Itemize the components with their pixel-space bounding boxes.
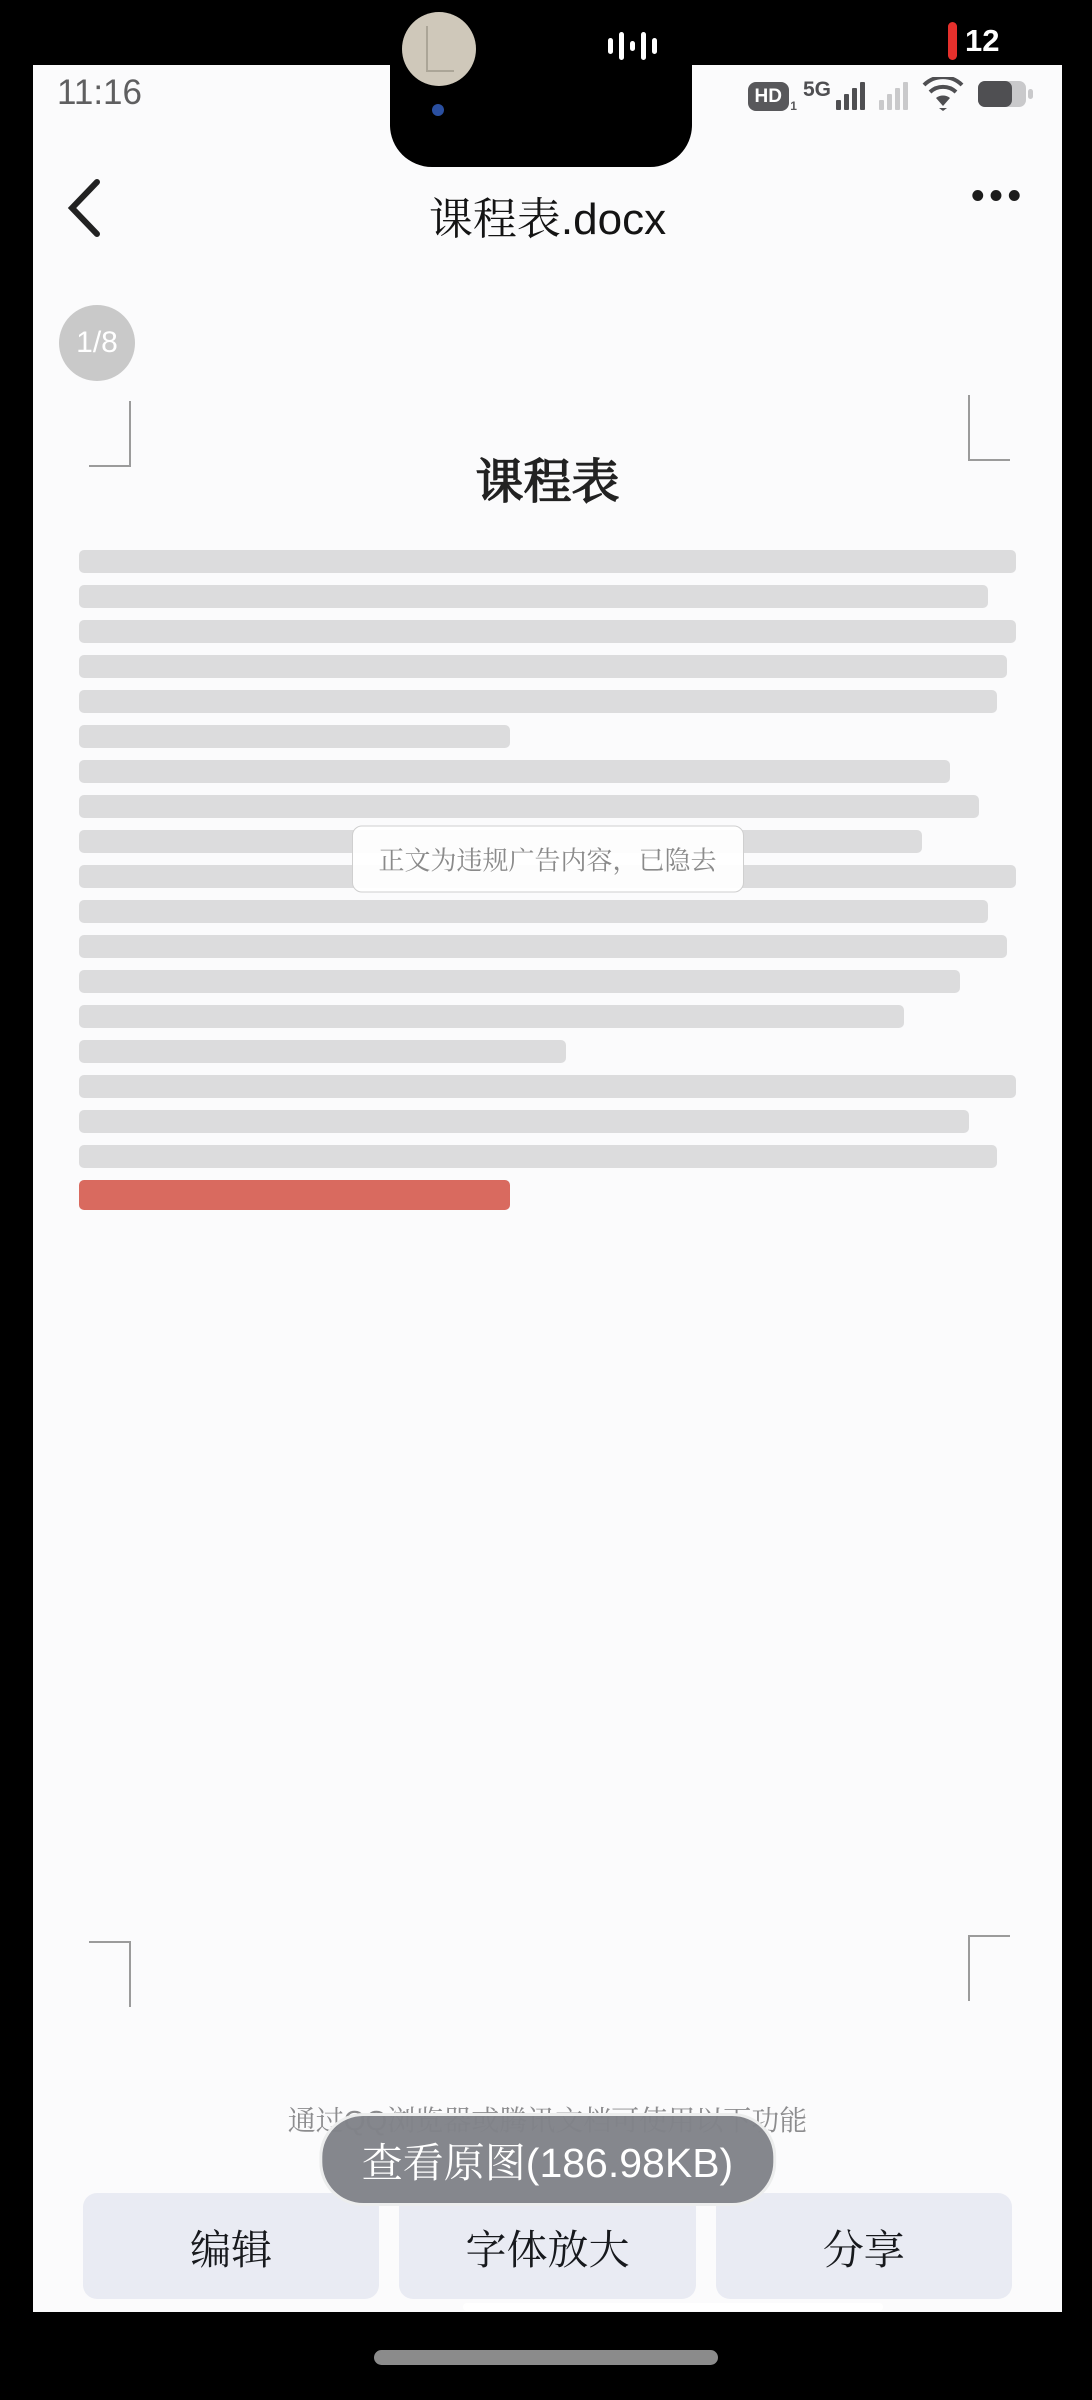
bezel-battery-label: 12: [965, 23, 999, 59]
cellular-5g-icon: 5G: [803, 82, 865, 110]
nav-bar: 课程表.docx •••: [33, 161, 1062, 271]
enlarge-font-button[interactable]: 字体放大: [399, 2193, 695, 2299]
document-page: 课程表 正文为违规广告内容，: [73, 443, 1022, 1226]
low-battery-icon: [948, 22, 957, 60]
redacted-body: 正文为违规广告内容，已隐去: [73, 546, 1022, 1226]
document-title-bar: 课程表.docx: [33, 183, 1062, 247]
bezel-battery: 12: [948, 22, 999, 60]
phone-frame: 12 11:16 HD1 5G: [0, 0, 1092, 2400]
sheet-divider: [463, 2303, 883, 2311]
more-menu-button[interactable]: •••: [971, 175, 1026, 218]
footer-actions: 编辑 字体放大 分享: [83, 2193, 1012, 2299]
document-heading: 课程表: [73, 443, 1022, 512]
bezel-avatar: [402, 12, 476, 86]
share-button[interactable]: 分享: [716, 2193, 1012, 2299]
crop-mark: [89, 1941, 131, 2007]
wifi-icon: [922, 77, 964, 116]
cellular-secondary-icon: [879, 82, 908, 110]
battery-icon: [978, 80, 1034, 113]
hd-icon: HD1: [748, 82, 789, 111]
bezel-avatar-dot: [432, 104, 444, 116]
view-original-toast[interactable]: 查看原图(186.98KB): [319, 2113, 776, 2206]
voice-wave-icon: [608, 26, 657, 66]
home-indicator[interactable]: [374, 2350, 718, 2365]
screen: 11:16 HD1 5G: [33, 65, 1062, 2312]
edit-button[interactable]: 编辑: [83, 2193, 379, 2299]
page-indicator-badge: 1/8: [59, 305, 135, 381]
clock: 11:16: [57, 73, 142, 113]
redaction-notice: 正文为违规广告内容，已隐去: [351, 825, 743, 892]
crop-mark: [968, 1935, 1010, 2001]
